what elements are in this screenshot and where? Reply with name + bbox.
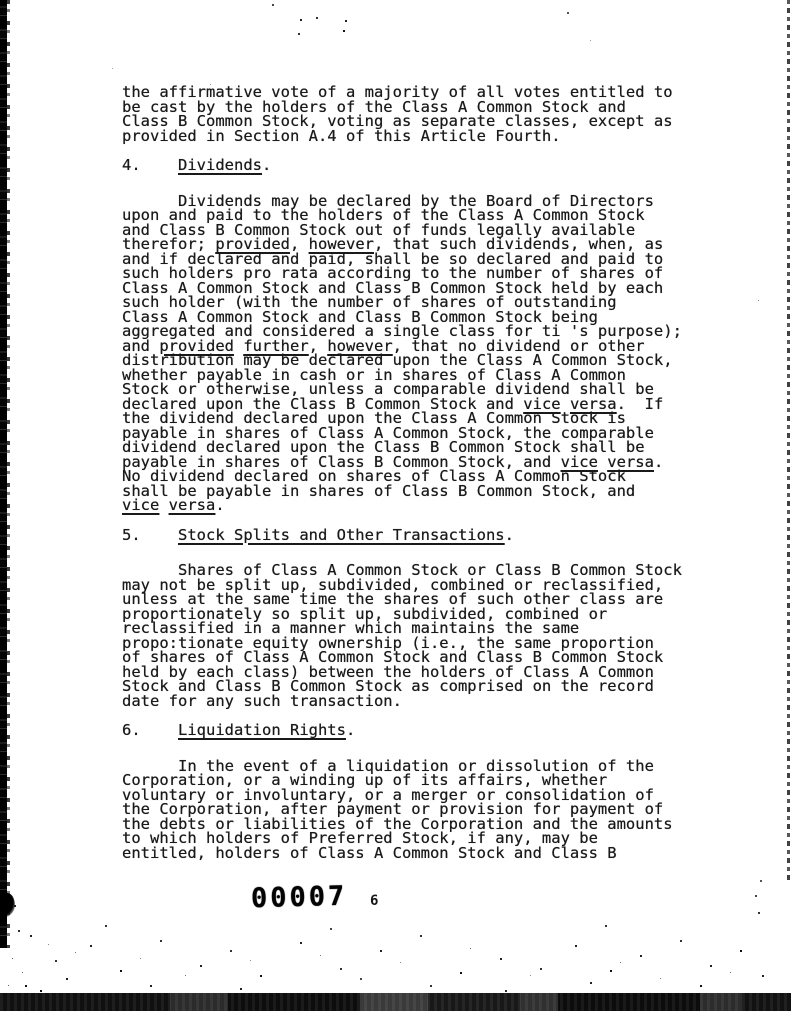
scan-edge-right-strip [787,0,790,880]
underlined-text: Liquidation Rights [178,721,346,739]
text-segment: 4. [122,156,178,174]
bates-stamp: 00007 [251,881,348,915]
document-body: the affirmative vote of a majority of al… [122,85,702,860]
scan-ink-blob [0,892,17,918]
text-paragraph: the affirmative vote of a majority of al… [122,85,702,143]
text-segment: . [262,156,271,174]
text-paragraph: Shares of Class A Common Stock or Class … [122,563,702,708]
text-line: date for any such transaction. [122,694,702,709]
text-segment [159,496,168,514]
text-segment: . [654,453,663,471]
text-segment: . [346,721,355,739]
text-segment: date for any such transaction. [122,692,402,710]
section-heading: 4. Dividends. [122,158,702,173]
section-heading: 6. Liquidation Rights. [122,723,702,738]
text-segment: 6. [122,721,178,739]
text-segment: provided in Section A.4 of this Article … [122,127,561,145]
scanned-document-page: { "colors": { "ink": "#1a1a1a", "paper":… [0,0,791,1011]
text-segment: . [505,526,514,544]
text-paragraph: In the event of a liquidation or dissolu… [122,759,702,861]
text-segment: entitled, holders of Class A Common Stoc… [122,844,617,862]
text-line: entitled, holders of Class A Common Stoc… [122,846,702,861]
scan-bottom-band [0,993,791,1011]
text-line: 4. Dividends. [122,158,702,173]
underlined-text: vice [122,496,159,514]
underlined-text: versa [169,496,216,514]
underlined-text: Stock Splits and Other Transactions [178,526,505,544]
scan-edge-left-strip [0,0,7,948]
text-paragraph: Dividends may be declared by the Board o… [122,194,702,513]
text-segment: . [215,496,224,514]
section-heading: 5. Stock Splits and Other Transactions. [122,528,702,543]
text-segment: 5. [122,526,178,544]
scan-speckle-light [0,0,1,1]
underlined-text: Dividends [178,156,262,174]
page-number: 6 [370,893,378,909]
text-line: vice versa. [122,498,702,513]
text-line: provided in Section A.4 of this Article … [122,129,702,144]
text-line: 5. Stock Splits and Other Transactions. [122,528,702,543]
text-line: 6. Liquidation Rights. [122,723,702,738]
